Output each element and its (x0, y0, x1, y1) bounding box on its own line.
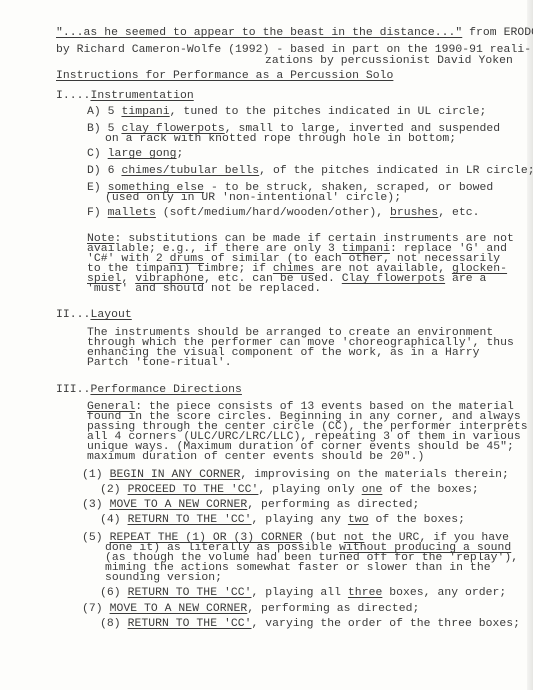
title-line: "...as he seemed to appear to the beast … (56, 28, 533, 38)
section-3-heading: III..Performance Directions (56, 385, 242, 395)
title-source: from ERODOS (462, 27, 533, 39)
item-label: B) (87, 123, 101, 135)
step-action: RETURN TO THE 'CC' (128, 618, 252, 630)
section-2-heading: II...Layout (56, 310, 132, 320)
step-number: (4) (100, 514, 121, 526)
step-number: (5) (82, 532, 103, 544)
step-action: RETURN TO THE 'CC' (128, 587, 252, 599)
byline-2: zations by percussionist David Yoken (265, 56, 513, 66)
step-6: (6) RETURN TO THE 'CC', playing all thre… (100, 588, 506, 598)
section-1-title: Instrumentation (90, 90, 193, 102)
item-instrument: mallets (108, 207, 156, 219)
item-instrument-2: brushes (390, 207, 438, 219)
step-emphasis: three (348, 587, 382, 599)
step-number: (2) (100, 484, 121, 496)
item-instrument: chimes/tubular bells (121, 165, 259, 177)
step-action: MOVE TO A NEW CORNER (110, 499, 248, 511)
step-2: (2) PROCEED TO THE 'CC', playing only on… (100, 485, 479, 495)
note-line-6: 'must' and should not be replaced. (87, 284, 321, 294)
item-c: C) large gong; (87, 149, 183, 159)
step-7: (7) MOVE TO A NEW CORNER, performing as … (82, 604, 419, 614)
step-desc: , improvising on the materials therein; (240, 469, 509, 481)
layout-line-4: Partch 'tone-ritual'. (87, 358, 232, 368)
item-instrument: large gong (108, 148, 177, 160)
section-3-number: III.. (56, 384, 90, 396)
byline-1: by Richard Cameron-Wolfe (1992) - based … (56, 45, 531, 55)
item-b-line2: on a rack with knotted rope through hole… (105, 134, 456, 144)
instructions-heading: Instructions for Performance as a Percus… (56, 71, 393, 81)
step-desc: , performing as directed; (247, 603, 419, 615)
item-desc: , of the pitches indicated in LR circle; (259, 165, 533, 177)
step-desc: , varying the order of the three boxes; (252, 618, 521, 630)
section-3-title: Performance Directions (90, 384, 241, 396)
step-emphasis: one (362, 484, 383, 496)
step-action: BEGIN IN ANY CORNER (110, 469, 241, 481)
item-label: F) (87, 207, 101, 219)
step-5-line-5: sounding version; (105, 573, 222, 583)
step-desc-2: boxes, any order; (382, 587, 506, 599)
step-1: (1) BEGIN IN ANY CORNER, improvising on … (82, 470, 509, 480)
title-quote: "...as he seemed to appear to the beast … (56, 27, 462, 39)
note-text: are a (445, 273, 486, 285)
step-number: (3) (82, 499, 103, 511)
item-desc-2: , etc. (438, 207, 479, 219)
step-desc-2: of the boxes; (382, 484, 478, 496)
step-desc: , playing only (258, 484, 361, 496)
item-f: F) mallets (soft/medium/hard/wooden/othe… (87, 208, 480, 218)
step-4: (4) RETURN TO THE 'CC', playing any two … (100, 515, 465, 525)
item-desc: (soft/medium/hard/wooden/other), (156, 207, 390, 219)
step-number: (8) (100, 618, 121, 630)
general-line-6: maximum duration of center events should… (87, 452, 424, 462)
step-desc-2: of the boxes; (369, 514, 465, 526)
step-action: PROCEED TO THE 'CC' (128, 484, 259, 496)
item-desc: , tuned to the pitches indicated in UL c… (170, 106, 487, 118)
step-desc: , playing any (252, 514, 348, 526)
step-8: (8) RETURN TO THE 'CC', varying the orde… (100, 619, 520, 629)
item-pre: 6 (108, 165, 122, 177)
item-d: D) 6 chimes/tubular bells, of the pitche… (87, 166, 533, 176)
section-2-title: Layout (90, 309, 131, 321)
note-instrument: Clay flowerpots (342, 273, 445, 285)
step-desc: , performing as directed; (247, 499, 419, 511)
item-desc: ; (177, 148, 184, 160)
item-label: A) (87, 106, 101, 118)
item-instrument: timpani (121, 106, 169, 118)
item-label: C) (87, 148, 101, 160)
step-number: (6) (100, 587, 121, 599)
section-1-number: I.... (56, 90, 90, 102)
step-action: MOVE TO A NEW CORNER (110, 603, 248, 615)
step-number: (7) (82, 603, 103, 615)
step-3: (3) MOVE TO A NEW CORNER, performing as … (82, 500, 419, 510)
item-a: A) 5 timpani, tuned to the pitches indic… (87, 107, 486, 117)
step-number: (1) (82, 469, 103, 481)
step-desc: , playing all (252, 587, 348, 599)
item-label: D) (87, 165, 101, 177)
page-edge-shadow (527, 0, 533, 690)
step-emphasis: two (348, 514, 369, 526)
item-pre: 5 (108, 106, 122, 118)
step-action: RETURN TO THE 'CC' (128, 514, 252, 526)
item-e-line2: (used only in UR 'non-intentional' circl… (105, 193, 401, 203)
item-label: E) (87, 182, 101, 194)
section-2-number: II... (56, 309, 90, 321)
section-1-heading: I....Instrumentation (56, 91, 194, 101)
